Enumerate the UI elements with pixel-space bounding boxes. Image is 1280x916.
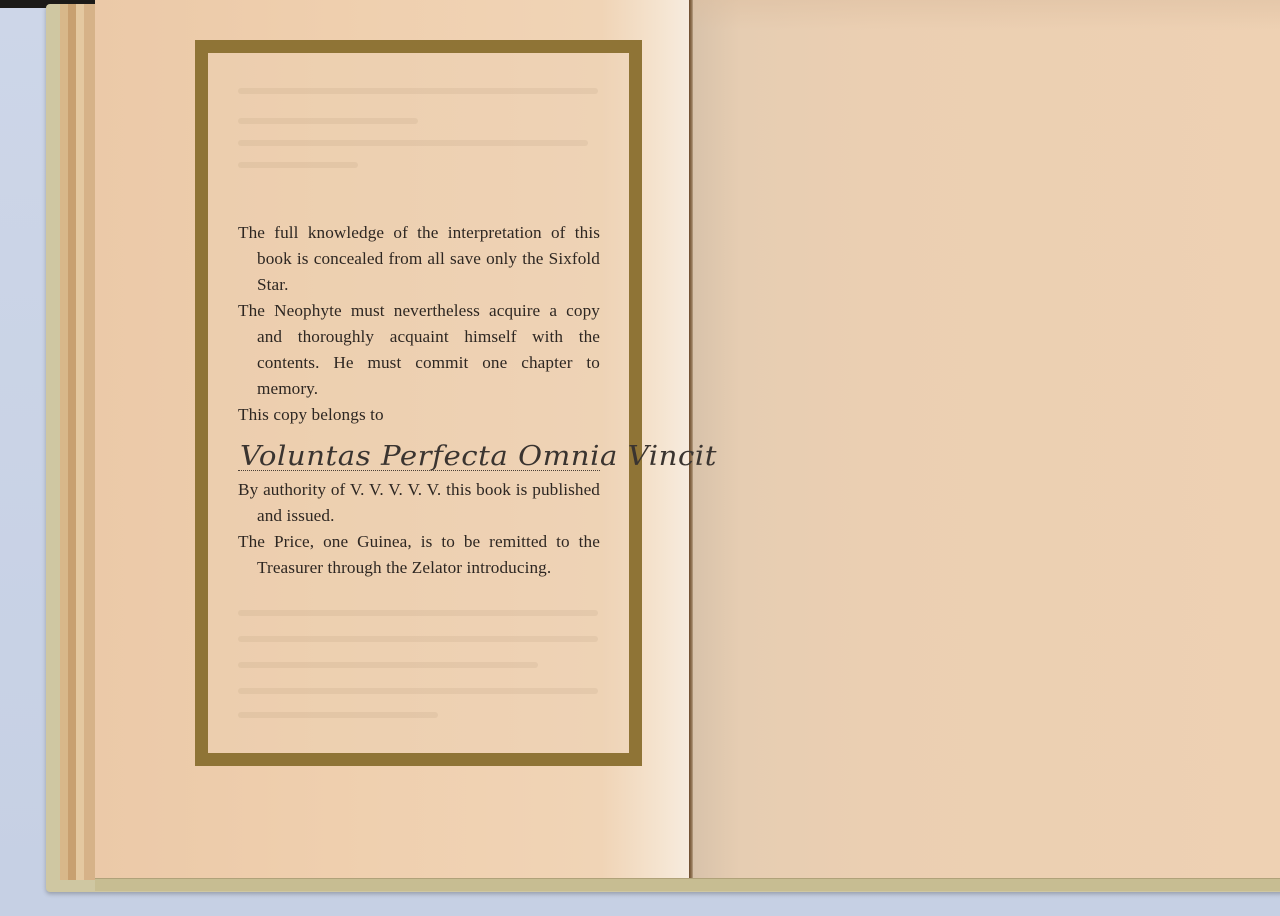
show-through-text: [238, 610, 598, 616]
paragraph-authority: By authority of V. V. V. V. V. this book…: [238, 477, 600, 529]
show-through-text: [238, 662, 538, 668]
show-through-text: [238, 162, 358, 168]
page-tint: [693, 0, 1280, 30]
show-through-text: [238, 88, 598, 94]
show-through-text: [238, 636, 598, 642]
ownership-label: This copy belongs to: [238, 402, 600, 428]
show-through-text: [238, 688, 598, 694]
page-text-block: The full knowledge of the interpretation…: [238, 220, 600, 581]
paragraph-knowledge: The full knowledge of the interpretation…: [238, 220, 600, 298]
right-page: [693, 0, 1280, 882]
paragraph-neophyte: The Neophyte must nevertheless acquire a…: [238, 298, 600, 402]
show-through-text: [238, 712, 438, 718]
owner-signature-line: Voluntas Perfecta Omnia Vincit: [238, 430, 600, 471]
handwritten-owner-name: Voluntas Perfecta Omnia Vincit: [240, 444, 717, 470]
show-through-text: [238, 118, 418, 124]
paragraph-price: The Price, one Guinea, is to be remitted…: [238, 529, 600, 581]
show-through-text: [238, 140, 588, 146]
cover-bottom-edge: [95, 878, 1280, 891]
